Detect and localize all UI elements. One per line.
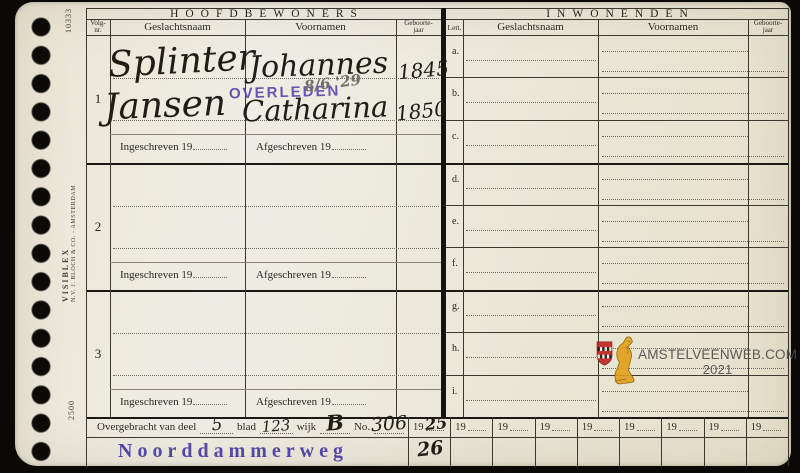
inwonenden-row-g: g. — [446, 290, 788, 332]
year-cell-2: 19 — [450, 417, 492, 437]
writing-line — [602, 93, 748, 94]
handwriting-geslachtsnaam-2: Jansen — [103, 83, 226, 128]
watermark-year: 2021 — [638, 363, 797, 377]
print-code-top: 10333 — [64, 8, 73, 33]
dotted-blank — [763, 424, 781, 431]
dotted-blank — [468, 424, 486, 431]
handwriting-year-26: 26 — [416, 437, 445, 462]
year-cell-blank — [661, 437, 703, 466]
wijk-label: wijk — [297, 421, 317, 433]
blad-label: blad — [237, 421, 256, 433]
year-cell-blank — [535, 437, 577, 466]
year-cell-1: 1925 — [408, 417, 450, 437]
year-prefix: 19 — [497, 422, 508, 433]
dotted-blank — [332, 396, 366, 405]
column-header-geboortejaar-right: Geboorte- jaar — [748, 19, 788, 35]
writing-line — [602, 326, 784, 327]
label-text: Ingeschreven 19 — [120, 269, 192, 281]
printer-brand: VISIBLEX N.V. J. BLOCH & CO. - AMSTERDAM — [61, 170, 77, 302]
inwonenden-row-e: e. — [446, 205, 788, 247]
wijk-field: B — [320, 421, 350, 434]
year-cell-blank: 26 — [408, 437, 450, 466]
writing-line — [113, 206, 439, 207]
writing-line — [466, 357, 596, 358]
year-prefix: 19 — [709, 422, 720, 433]
rule — [788, 8, 789, 466]
writing-line — [602, 411, 784, 412]
section-title-hoofdbewoners: HOOFDBEWONERS — [86, 8, 441, 19]
overgebracht-label: Overgebracht van deel — [97, 421, 196, 433]
inwonenden-row-d: d. — [446, 163, 788, 205]
writing-line — [466, 102, 596, 103]
column-header-lett: Lett. — [446, 19, 463, 35]
ingeschreven-label: Ingeschreven 19 — [120, 141, 227, 153]
brand-company: N.V. J. BLOCH & CO. - AMSTERDAM — [71, 170, 77, 302]
year-cells-row-2: 26 — [408, 437, 788, 466]
row-letter: c. — [452, 131, 459, 142]
writing-line — [602, 179, 748, 180]
writing-line — [466, 230, 596, 231]
year-prefix: 19 — [751, 422, 762, 433]
year-cell-4: 19 — [535, 417, 577, 437]
writing-line — [602, 391, 748, 392]
year-cell-blank — [619, 437, 661, 466]
section-title-inwonenden: INWONENDEN — [446, 8, 788, 19]
deel-field: 5 — [200, 421, 233, 434]
column-header-geboortejaar-left: Geboorte- jaar — [396, 19, 441, 35]
year-cell-blank — [577, 437, 619, 466]
dotted-blank — [679, 424, 697, 431]
street-stamp: Noorddammerweg — [118, 440, 348, 463]
hoofdbewoners-group-3: 3 Ingeschreven 19 Afgeschreven 19 — [86, 290, 441, 417]
ingeschreven-label: Ingeschreven 19 — [120, 269, 227, 281]
writing-line — [602, 113, 784, 114]
column-header-voornamen-left: Voornamen — [245, 19, 396, 35]
lion-icon — [611, 336, 635, 386]
blad-field: 123 — [260, 421, 293, 434]
writing-line — [602, 263, 748, 264]
handwriting-wijk: B — [325, 409, 344, 435]
dotted-blank — [594, 424, 612, 431]
year-prefix: 19 — [455, 422, 466, 433]
rule — [110, 389, 441, 390]
dotted-blank — [193, 141, 227, 150]
overgebracht-line: Overgebracht van deel 5 blad 123 wijk B … — [86, 417, 408, 437]
header-line: nr. — [94, 27, 101, 34]
year-prefix: 19 — [540, 422, 551, 433]
dotted-blank — [510, 424, 528, 431]
afgeschreven-label: Afgeschreven 19 — [256, 396, 366, 408]
handwriting-geboortejaar-1: 1845 — [397, 56, 450, 84]
label-text: Afgeschreven 19 — [256, 141, 331, 153]
writing-line — [466, 315, 596, 316]
writing-line — [602, 241, 784, 242]
watermark-site: AMSTELVEENWEB.COM — [638, 348, 797, 363]
inwonenden-row-a: a. — [446, 35, 788, 77]
year-cell-blank — [704, 437, 746, 466]
header-line: jaar — [763, 27, 774, 34]
year-prefix: 19 — [624, 422, 635, 433]
row-letter: e. — [452, 216, 459, 227]
handwriting-blad: 123 — [261, 416, 291, 436]
hoofdbewoners-group-2: 2 Ingeschreven 19 Afgeschreven 19 — [86, 163, 441, 290]
inwonenden-row-c: c. — [446, 120, 788, 162]
dotted-blank — [332, 141, 366, 150]
writing-line — [466, 145, 596, 146]
street-row: Noorddammerweg — [86, 437, 408, 465]
year-cell-6: 19 — [619, 417, 661, 437]
year-cell-7: 19 — [661, 417, 703, 437]
writing-line — [113, 248, 439, 249]
dotted-blank — [332, 269, 366, 278]
year-cell-3: 19 — [492, 417, 534, 437]
row-letter: g. — [452, 301, 460, 312]
dotted-blank — [721, 424, 739, 431]
print-code-bottom: 2500 — [67, 400, 76, 420]
year-cell-blank — [450, 437, 492, 466]
column-header-geslachtsnaam-left: Geslachtsnaam — [110, 19, 245, 35]
writing-line — [602, 71, 784, 72]
label-text: Ingeschreven 19 — [120, 396, 192, 408]
dotted-blank — [637, 424, 655, 431]
row-letter: h. — [452, 343, 460, 354]
volgnr-value: 3 — [86, 290, 110, 417]
row-letter: i. — [452, 386, 457, 397]
row-letter: d. — [452, 174, 460, 185]
year-cell-8: 19 — [704, 417, 746, 437]
handwriting-deel: 5 — [211, 414, 223, 435]
handwriting-no: 306 — [370, 411, 408, 435]
year-prefix: 19 — [413, 422, 424, 433]
volgnr-value: 2 — [86, 163, 110, 290]
writing-line — [113, 375, 439, 376]
handwriting-geslachtsnaam-1: Splinter — [107, 37, 256, 86]
year-cell-blank — [492, 437, 534, 466]
dotted-blank — [193, 269, 227, 278]
no-label: No. — [354, 421, 370, 433]
writing-line — [602, 156, 784, 157]
amstelveenweb-watermark: AMSTELVEENWEB.COM 2021 — [596, 340, 797, 386]
writing-line — [602, 283, 784, 284]
writing-line — [602, 306, 748, 307]
writing-line — [602, 51, 748, 52]
row-letter: f. — [452, 258, 458, 269]
column-header-volgnr: Volg- nr. — [86, 19, 110, 35]
row-letter: a. — [452, 46, 459, 57]
watermark-text: AMSTELVEENWEB.COM 2021 — [638, 348, 797, 377]
afgeschreven-label: Afgeschreven 19 — [256, 141, 366, 153]
writing-line — [466, 188, 596, 189]
ingeschreven-label: Ingeschreven 19 — [120, 396, 227, 408]
column-header-voornamen-right: Voornamen — [598, 19, 748, 35]
writing-line — [602, 221, 748, 222]
punch-holes — [30, 16, 52, 464]
year-cells-row: 1925 19 19 19 19 19 19 19 19 — [408, 417, 788, 437]
writing-line — [602, 199, 784, 200]
rule — [110, 262, 441, 263]
brand-name: VISIBLEX — [61, 170, 70, 302]
writing-line — [113, 333, 439, 334]
inwonenden-row-b: b. — [446, 77, 788, 119]
year-cell-blank — [746, 437, 788, 466]
handwriting-year-25: 25 — [424, 413, 448, 434]
label-text: Ingeschreven 19 — [120, 141, 192, 153]
label-text: Afgeschreven 19 — [256, 269, 331, 281]
writing-line — [466, 272, 596, 273]
row-letter: b. — [452, 88, 460, 99]
dotted-blank — [193, 396, 227, 405]
rule — [110, 134, 441, 135]
year-cell-9: 19 — [746, 417, 788, 437]
handwriting-voornamen-2: Catharina — [241, 89, 388, 128]
afgeschreven-label: Afgeschreven 19 — [256, 269, 366, 281]
label-text: Afgeschreven 19 — [256, 396, 331, 408]
dotted-blank — [552, 424, 570, 431]
writing-line — [466, 60, 596, 61]
year-cell-5: 19 — [577, 417, 619, 437]
column-header-geslachtsnaam-right: Geslachtsnaam — [463, 19, 598, 35]
header-line: jaar — [413, 27, 424, 34]
no-field: 306 — [374, 421, 404, 434]
writing-line — [466, 400, 596, 401]
inwonenden-row-f: f. — [446, 247, 788, 289]
year-prefix: 19 — [666, 422, 677, 433]
year-prefix: 19 — [582, 422, 593, 433]
writing-line — [602, 136, 748, 137]
